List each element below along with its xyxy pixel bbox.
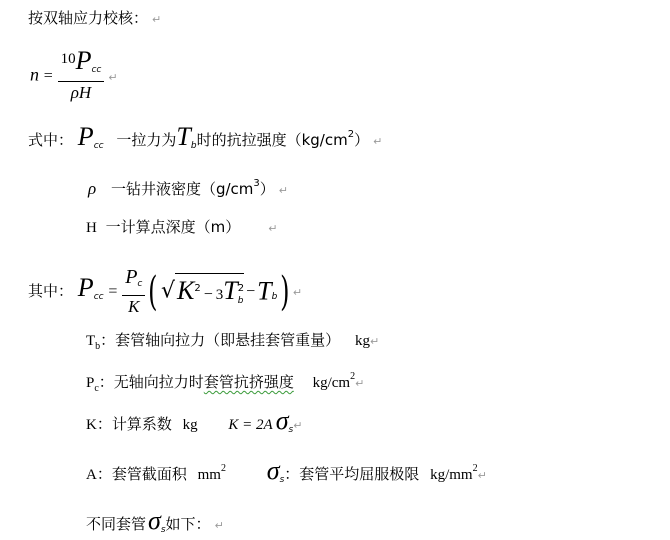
radicand: K2−3T2b — [175, 273, 244, 310]
closing-line: 不同套管σs如下：↵ — [86, 508, 224, 540]
unit: kg — [183, 417, 198, 433]
def-text: 一拉力为 — [116, 131, 176, 149]
var-P: P — [76, 46, 92, 75]
fraction: Pc K — [122, 266, 145, 318]
definition-H: H 一计算点深度（m）↵ — [86, 217, 277, 239]
paragraph-mark-icon: ↵ — [152, 13, 161, 26]
right-paren: ) — [280, 262, 289, 322]
paragraph-mark-icon: ↵ — [293, 419, 302, 432]
left-paren: ( — [148, 262, 157, 322]
def-text: ：计算系数 — [97, 415, 172, 433]
sigma-def-text: ：套管平均屈服极限 — [284, 465, 419, 483]
sqrt-icon: √ — [161, 279, 175, 304]
var-sigma: σ — [276, 406, 289, 435]
def-text: ：套管截面积 — [97, 465, 187, 483]
unit: mm — [198, 467, 221, 483]
def-text: 一计算点深度（m） — [106, 218, 241, 236]
var-T: T — [176, 122, 190, 151]
var-K: K — [177, 276, 194, 305]
close-paren: ） — [260, 180, 275, 198]
superscript-2: 2 — [221, 463, 226, 474]
grammar-underlined-text[interactable]: 套管抗挤强度 — [204, 373, 294, 391]
paragraph-mark-icon: ↵ — [293, 286, 302, 299]
def-text: ：套管轴向拉力（即悬挂套管重量） — [100, 331, 340, 349]
var-P: P — [78, 273, 94, 302]
var-K: K — [122, 295, 145, 318]
var-A: A — [86, 467, 97, 483]
closing-text-tail: 如下： — [166, 515, 211, 533]
subscript-cc: cc — [91, 65, 101, 75]
subscript-cc: cc — [94, 141, 104, 151]
equals-sign: = — [108, 283, 117, 300]
var-rho: ρ — [88, 179, 96, 198]
formula-pcc: 其中： Pcc = Pc K (√K2−3T2b−Tb)↵ — [28, 258, 302, 318]
minus-sign: − — [204, 286, 213, 303]
definition-Pc: Pc：无轴向拉力时套管抗挤强度 kg/cm2↵ — [86, 367, 364, 399]
unit: kg/mm — [430, 467, 473, 483]
var-sigma: σ — [267, 456, 280, 485]
definition-K: K：计算系数 kg K = 2Aσs↵ — [86, 408, 302, 443]
heading-line: 按双轴应力校核：↵ — [28, 8, 161, 30]
subscript-cc: cc — [94, 292, 104, 302]
paragraph-mark-icon: ↵ — [215, 519, 224, 532]
definition-pcc: 式中： Pcc 一拉力为Tb时的抗拉强度（kg/cm2）↵ — [28, 122, 382, 159]
heading-text: 按双轴应力校核： — [28, 9, 148, 27]
definition-Tb: Tb：套管轴向拉力（即悬挂套管重量） kg↵ — [86, 330, 379, 357]
subscript-b: b — [272, 292, 278, 302]
def-text: 一钻井液密度（g/cm — [111, 180, 253, 198]
fraction: 10Pcc ρH — [58, 48, 105, 104]
paragraph-mark-icon: ↵ — [108, 71, 117, 84]
var-T: T — [257, 277, 271, 306]
minus-sign: − — [246, 283, 255, 300]
closing-text: 不同套管 — [86, 515, 146, 533]
paragraph-mark-icon: ↵ — [478, 469, 487, 482]
var-n: n — [30, 65, 39, 85]
paragraph-mark-icon: ↵ — [355, 377, 364, 390]
def-text: ：无轴向拉力时 — [99, 373, 204, 391]
coefficient: 10 — [61, 51, 76, 67]
superscript-2: 2 — [194, 283, 200, 294]
paragraph-mark-icon: ↵ — [268, 222, 277, 235]
label-shizhong: 式中： — [28, 131, 73, 149]
subscript-c: c — [137, 279, 142, 289]
denominator-rhoH: ρH — [58, 81, 105, 104]
label-qizhong: 其中： — [28, 282, 73, 300]
close-paren: ） — [354, 131, 369, 149]
formula-K: K = 2A — [228, 417, 272, 433]
var-P: P — [125, 266, 137, 288]
paragraph-mark-icon: ↵ — [370, 335, 379, 348]
paragraph-mark-icon: ↵ — [373, 135, 382, 148]
paragraph-mark-icon: ↵ — [279, 184, 288, 197]
formula-n: n = 10Pcc ρH ↵ — [30, 48, 118, 104]
var-H: H — [86, 220, 97, 236]
equals-sign: = — [44, 68, 53, 85]
definition-rho: ρ 一钻井液密度（g/cm3）↵ — [88, 174, 288, 201]
var-P: P — [78, 122, 94, 151]
var-T: T — [223, 276, 237, 305]
var-T: T — [86, 333, 95, 349]
definition-A-sigma: A：套管截面积 mm2 σs：套管平均屈服极限 kg/mm2↵ — [86, 456, 487, 493]
unit: kg — [355, 333, 370, 349]
def-text-unit: 时的抗拉强度（kg/cm — [197, 131, 348, 149]
superscript-2: 2 — [238, 283, 244, 295]
unit: kg/cm — [313, 375, 351, 391]
subscript-b: b — [238, 295, 244, 307]
var-K: K — [86, 417, 97, 433]
var-sigma: σ — [148, 506, 161, 535]
